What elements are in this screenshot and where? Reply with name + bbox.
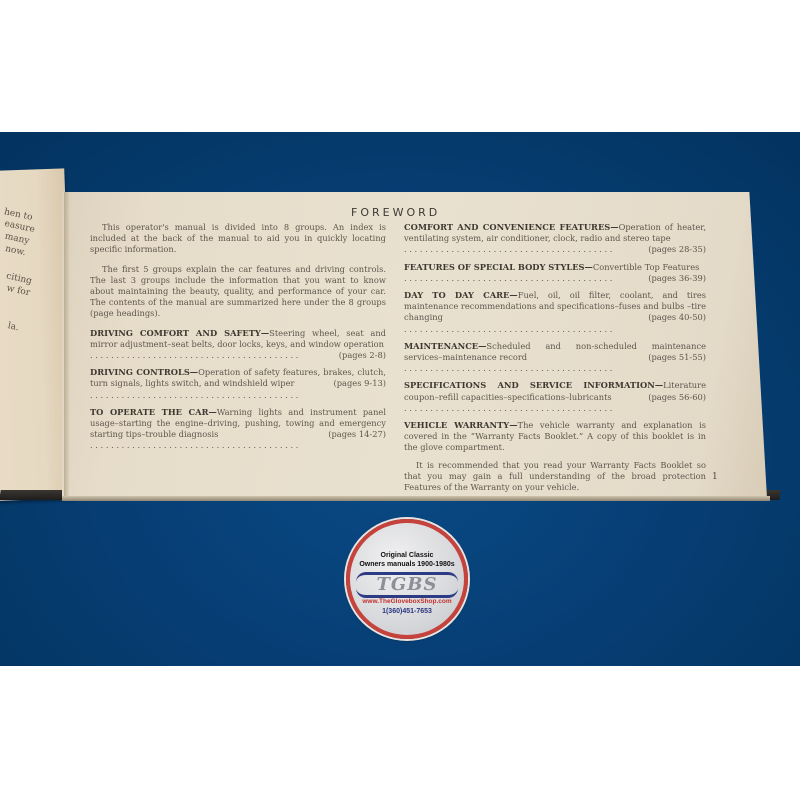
entry-pages: (pages 14-27) (328, 429, 386, 440)
intro-paragraph: The first 5 groups explain the car featu… (90, 264, 386, 320)
sticker-line1: Original Classic (350, 552, 464, 559)
contents-entry: DRIVING CONTROLS—Operation of safety fea… (90, 367, 386, 401)
dot-leader: . . . . . . . . . . . . . . . . . . . . … (90, 390, 386, 401)
entry-heading: MAINTENANCE— (404, 341, 486, 351)
left-column: This operator's manual is divided into 8… (90, 222, 386, 458)
shop-sticker: Original Classic Owners manuals 1900-198… (346, 519, 468, 639)
entry-heading: DRIVING CONTROLS— (90, 367, 198, 377)
page-fragment: now. (4, 244, 26, 258)
entry-heading: DRIVING COMFORT AND SAFETY— (90, 328, 269, 338)
dot-leader: . . . . . . . . . . . . . . . . . . . . … (90, 440, 386, 451)
entry-heading: SPECIFICATIONS AND SERVICE INFORMATION— (404, 380, 663, 390)
page-title: FOREWORD (351, 206, 440, 219)
entry-pages: (pages 9-13) (334, 378, 387, 389)
contents-entry: FEATURES OF SPECIAL BODY STYLES—Converti… (404, 262, 706, 284)
entry-heading: COMFORT AND CONVENIENCE FEATURES— (404, 222, 619, 232)
page-gutter (64, 192, 70, 498)
entry-pages: (pages 51-55) (648, 352, 706, 363)
contents-entry: SPECIFICATIONS AND SERVICE INFORMATION—L… (404, 380, 706, 414)
dot-leader: . . . . . . . . . . . . . . . . . . . . … (404, 324, 706, 335)
contents-entry: COMFORT AND CONVENIENCE FEATURES—Operati… (404, 222, 706, 256)
page-number: 1 (712, 472, 718, 482)
dot-leader: . . . . . . . . . . . . . . . . . . . . … (404, 363, 706, 374)
dot-leader: . . . . . . . . . . . . . . . . . . . . … (404, 273, 648, 284)
entry-heading: VEHICLE WARRANTY— (404, 420, 518, 430)
dot-leader: . . . . . . . . . . . . . . . . . . . . … (404, 403, 706, 414)
entry-pages: (pages 2-8) (339, 350, 386, 361)
entry-text: Convertible Top Features (593, 262, 700, 272)
entry-pages: (pages 56-60) (648, 392, 706, 403)
entry-heading: FEATURES OF SPECIAL BODY STYLES— (404, 262, 593, 272)
contents-entry: DAY TO DAY CARE—Fuel, oil, oil filter, c… (404, 290, 706, 335)
contents-entry: TO OPERATE THE CAR—Warning lights and in… (90, 407, 386, 452)
intro-paragraph: This operator's manual is divided into 8… (90, 222, 386, 256)
sticker-line2: Owners manuals 1900-1980s (350, 561, 464, 568)
sticker-phone: 1(360)451-7653 (350, 608, 464, 615)
warranty-entry: VEHICLE WARRANTY—The vehicle warranty an… (404, 420, 706, 454)
shop-logo: TGBS (356, 572, 458, 598)
contents-entry: DRIVING COMFORT AND SAFETY—Steering whee… (90, 328, 386, 362)
entry-pages: (pages 28-35) (648, 244, 706, 255)
entry-heading: DAY TO DAY CARE— (404, 290, 518, 300)
entry-pages: (pages 40-50) (648, 312, 706, 323)
closing-paragraph: It is recommended that you read your War… (404, 460, 706, 494)
dot-leader: . . . . . . . . . . . . . . . . . . . . … (90, 350, 339, 361)
right-column: COMFORT AND CONVENIENCE FEATURES—Operati… (404, 222, 706, 501)
page-fragment: la. (7, 321, 20, 333)
dot-leader: . . . . . . . . . . . . . . . . . . . . … (404, 244, 648, 255)
contents-entry: MAINTENANCE—Scheduled and non-scheduled … (404, 341, 706, 375)
entry-pages: (pages 36-39) (648, 273, 706, 284)
sticker-url: www.TheGloveboxShop.com (350, 598, 464, 605)
entry-heading: TO OPERATE THE CAR— (90, 407, 217, 417)
